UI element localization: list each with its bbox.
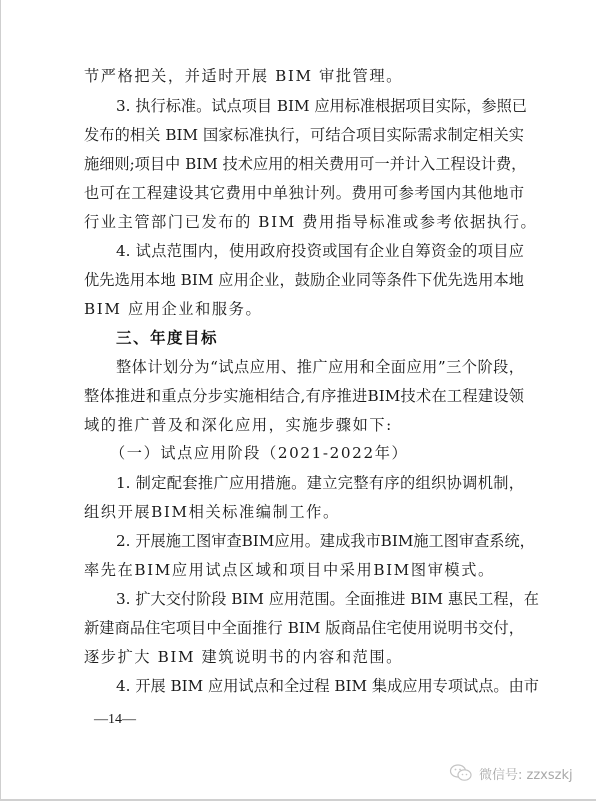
text-line: 4. 开展 BIM 应用试点和全过程 BIM 集成应用专项试点。由市 <box>116 676 524 696</box>
watermark-text: 微信号: zzxszkj <box>479 764 573 783</box>
text-line: 2. 开展施工图审查BIM应用。建成我市BIM施工图审查系统， <box>116 531 524 551</box>
text-line: 发布的相关 BIM 国家标准执行，可结合项目实际需求制定相关实 <box>84 125 524 145</box>
wechat-icon <box>449 763 473 783</box>
text-line: 组织开展BIM相关标准编制工作。 <box>84 502 524 522</box>
text-line: 率先在BIM应用试点区域和项目中采用BIM图审模式。 <box>84 560 524 580</box>
text-line: 行业主管部门已发布的 BIM 费用指导标准或参考依据执行。 <box>84 212 524 232</box>
text-line: 整体计划分为“试点应用、推广应用和全面应用”三个阶段， <box>116 357 524 377</box>
subsection-heading: （一）试点应用阶段（2021-2022年） <box>110 443 518 463</box>
text-line: 也可在工程建设其它费用中单独计列。费用可参考国内其他地市 <box>84 183 524 203</box>
text-line: 4. 试点范围内，使用政府投资或国有企业自筹资金的项目应 <box>116 241 524 261</box>
text-line: 节严格把关，并适时开展 BIM 审批管理。 <box>84 66 524 86</box>
text-line: 3. 执行标准。试点项目 BIM 应用标准根据项目实际，参照已 <box>116 96 524 116</box>
text-line: 施细则;项目中 BIM 技术应用的相关费用可一并计入工程设计费， <box>84 154 524 174</box>
document-page: 节严格把关，并适时开展 BIM 审批管理。 3. 执行标准。试点项目 BIM 应… <box>0 0 596 801</box>
text-line: 新建商品住宅项目中全面推行 BIM 版商品住宅使用说明书交付， <box>84 618 524 638</box>
text-line: 优先选用本地 BIM 应用企业，鼓励企业同等条件下优先选用本地 <box>84 270 524 290</box>
section-heading: 三、年度目标 <box>116 328 218 348</box>
page-number: —14— <box>94 712 136 728</box>
text-line: 逐步扩大 BIM 建筑说明书的内容和范围。 <box>84 647 524 667</box>
text-line: BIM 应用企业和服务。 <box>84 299 524 319</box>
text-line: 域的推广普及和深化应用，实施步骤如下: <box>84 415 524 435</box>
text-line: 3. 扩大交付阶段 BIM 应用范围。全面推进 BIM 惠民工程，在 <box>116 589 524 609</box>
text-line: 整体推进和重点分步实施相结合,有序推进BIM技术在工程建设领 <box>84 386 524 406</box>
wechat-watermark: 微信号: zzxszkj <box>449 763 573 783</box>
text-line: 1. 制定配套推广应用措施。建立完整有序的组织协调机制， <box>116 473 524 493</box>
